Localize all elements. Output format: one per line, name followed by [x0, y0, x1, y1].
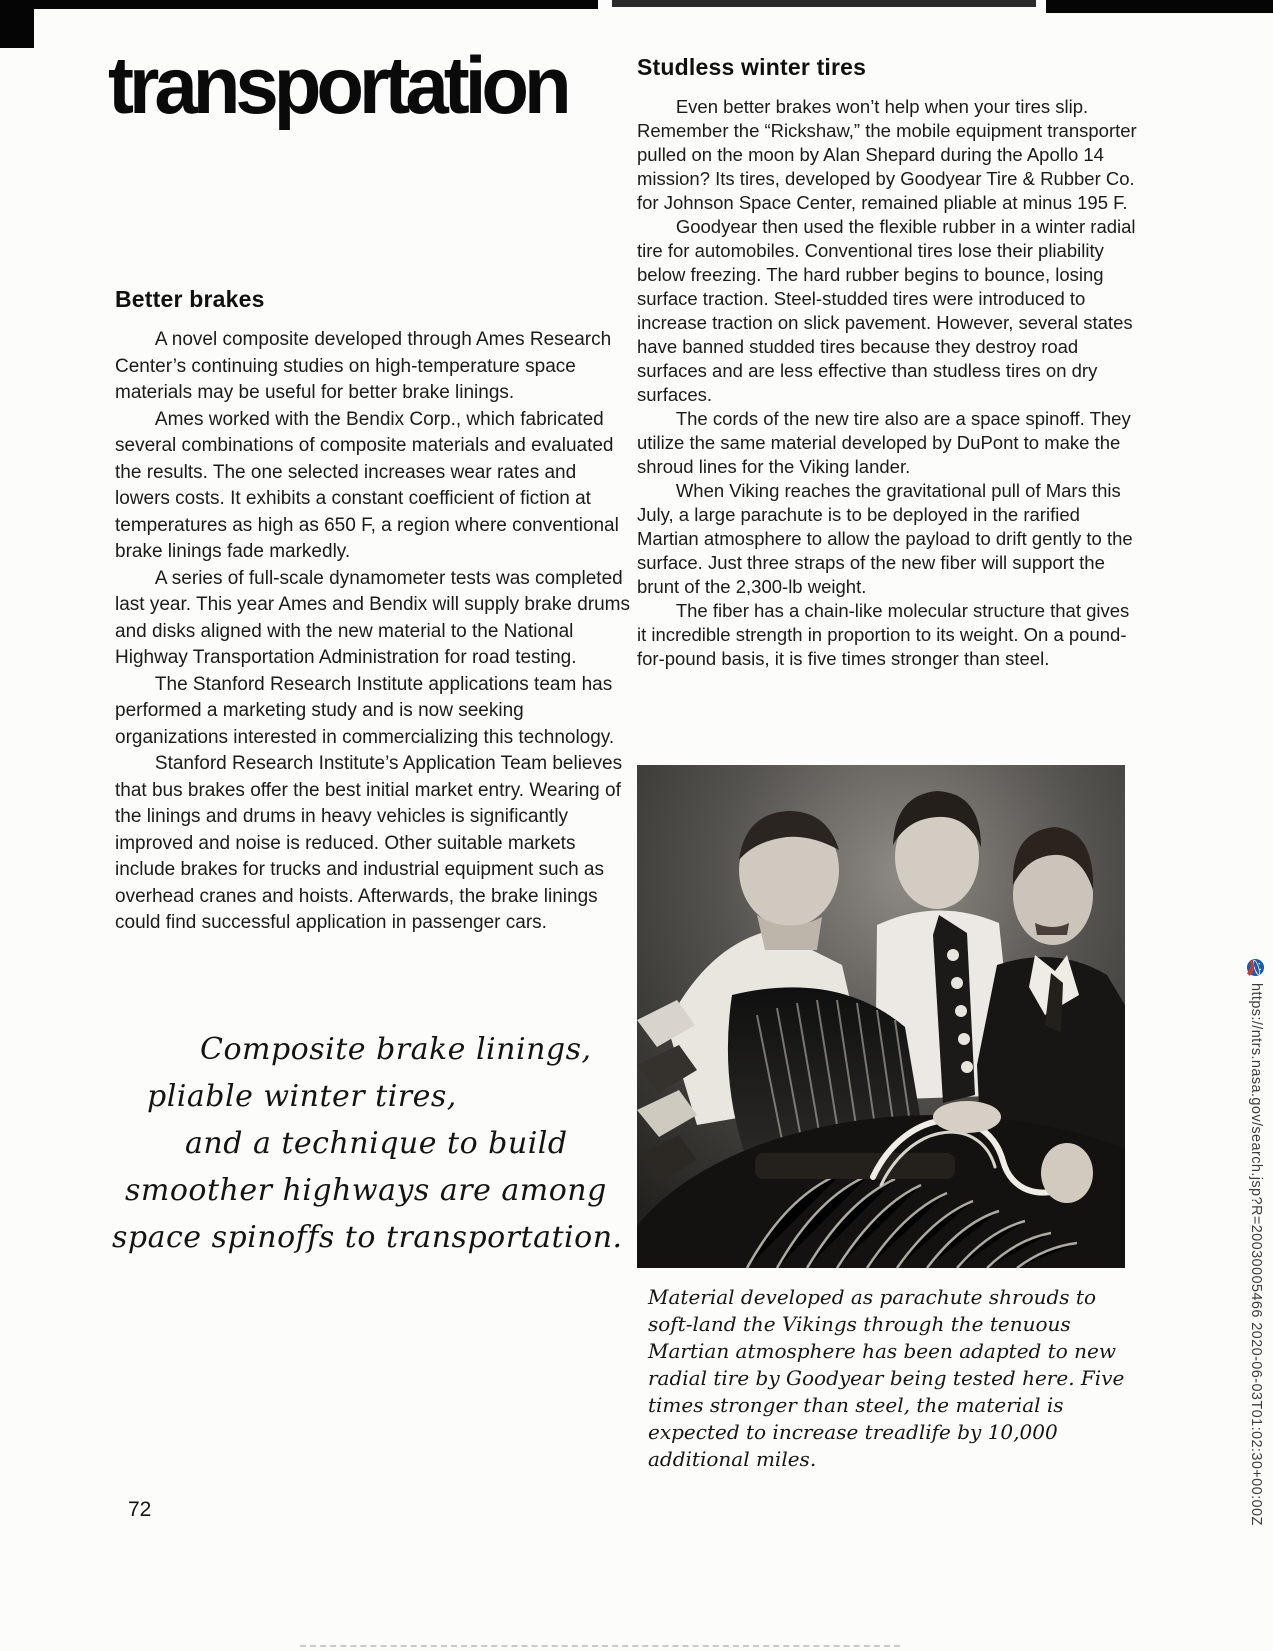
tire-inspection-photo-graphic: [637, 765, 1125, 1268]
scan-bottom-artifact: [300, 1645, 900, 1647]
body-paragraph: A novel composite developed through Ames…: [115, 327, 632, 407]
page-number: 72: [128, 1498, 151, 1522]
left-column: Better brakes A novel composite develope…: [115, 286, 632, 937]
pull-quote-line: pliable winter tires,: [112, 1073, 642, 1120]
right-column: Studless winter tires Even better brakes…: [637, 54, 1140, 671]
body-paragraph: The cords of the new tire also are a spa…: [637, 407, 1140, 479]
scan-edge-artifact: [612, 0, 1036, 7]
page-title: transportation: [108, 38, 648, 133]
pull-quote-line: space spinoffs to transportation.: [112, 1214, 642, 1261]
scan-edge-artifact: [1046, 0, 1273, 13]
body-paragraph: The Stanford Research Institute applicat…: [115, 672, 632, 752]
better-brakes-body: A novel composite developed through Ames…: [115, 327, 632, 937]
body-paragraph: Goodyear then used the flexible rubber i…: [637, 215, 1140, 407]
tire-inspection-photo: [637, 765, 1125, 1268]
photo-caption: Material developed as parachute shrouds …: [648, 1284, 1126, 1473]
scan-watermark: https://ntrs.nasa.gov/search.jsp?R=20030…: [1245, 958, 1267, 1651]
body-paragraph: Stanford Research Institute’s Applicatio…: [115, 751, 632, 937]
body-paragraph: A series of full-scale dynamometer tests…: [115, 566, 632, 672]
section-heading-studless-winter-tires: Studless winter tires: [637, 54, 1140, 81]
body-paragraph: Ames worked with the Bendix Corp., which…: [115, 407, 632, 566]
watermark-url-text: https://ntrs.nasa.gov/search.jsp?R=20030…: [1248, 983, 1264, 1526]
pull-quote-line: Composite brake linings,: [112, 1026, 642, 1073]
body-paragraph: The fiber has a chain-like molecular str…: [637, 599, 1140, 671]
scan-corner-artifact: [0, 0, 34, 48]
nasa-meatball-icon: [1247, 958, 1266, 977]
body-paragraph: Even better brakes won’t help when your …: [637, 95, 1140, 215]
section-heading-better-brakes: Better brakes: [115, 286, 632, 313]
scanned-document-page: transportation Better brakes A novel com…: [0, 0, 1273, 1651]
pull-quote: Composite brake linings,pliable winter t…: [112, 1026, 642, 1261]
body-paragraph: When Viking reaches the gravitational pu…: [637, 479, 1140, 599]
scan-edge-artifact: [0, 0, 598, 9]
pull-quote-line: and a technique to build: [112, 1120, 642, 1167]
pull-quote-line: smoother highways are among: [112, 1167, 642, 1214]
studless-winter-tires-body: Even better brakes won’t help when your …: [637, 95, 1140, 671]
